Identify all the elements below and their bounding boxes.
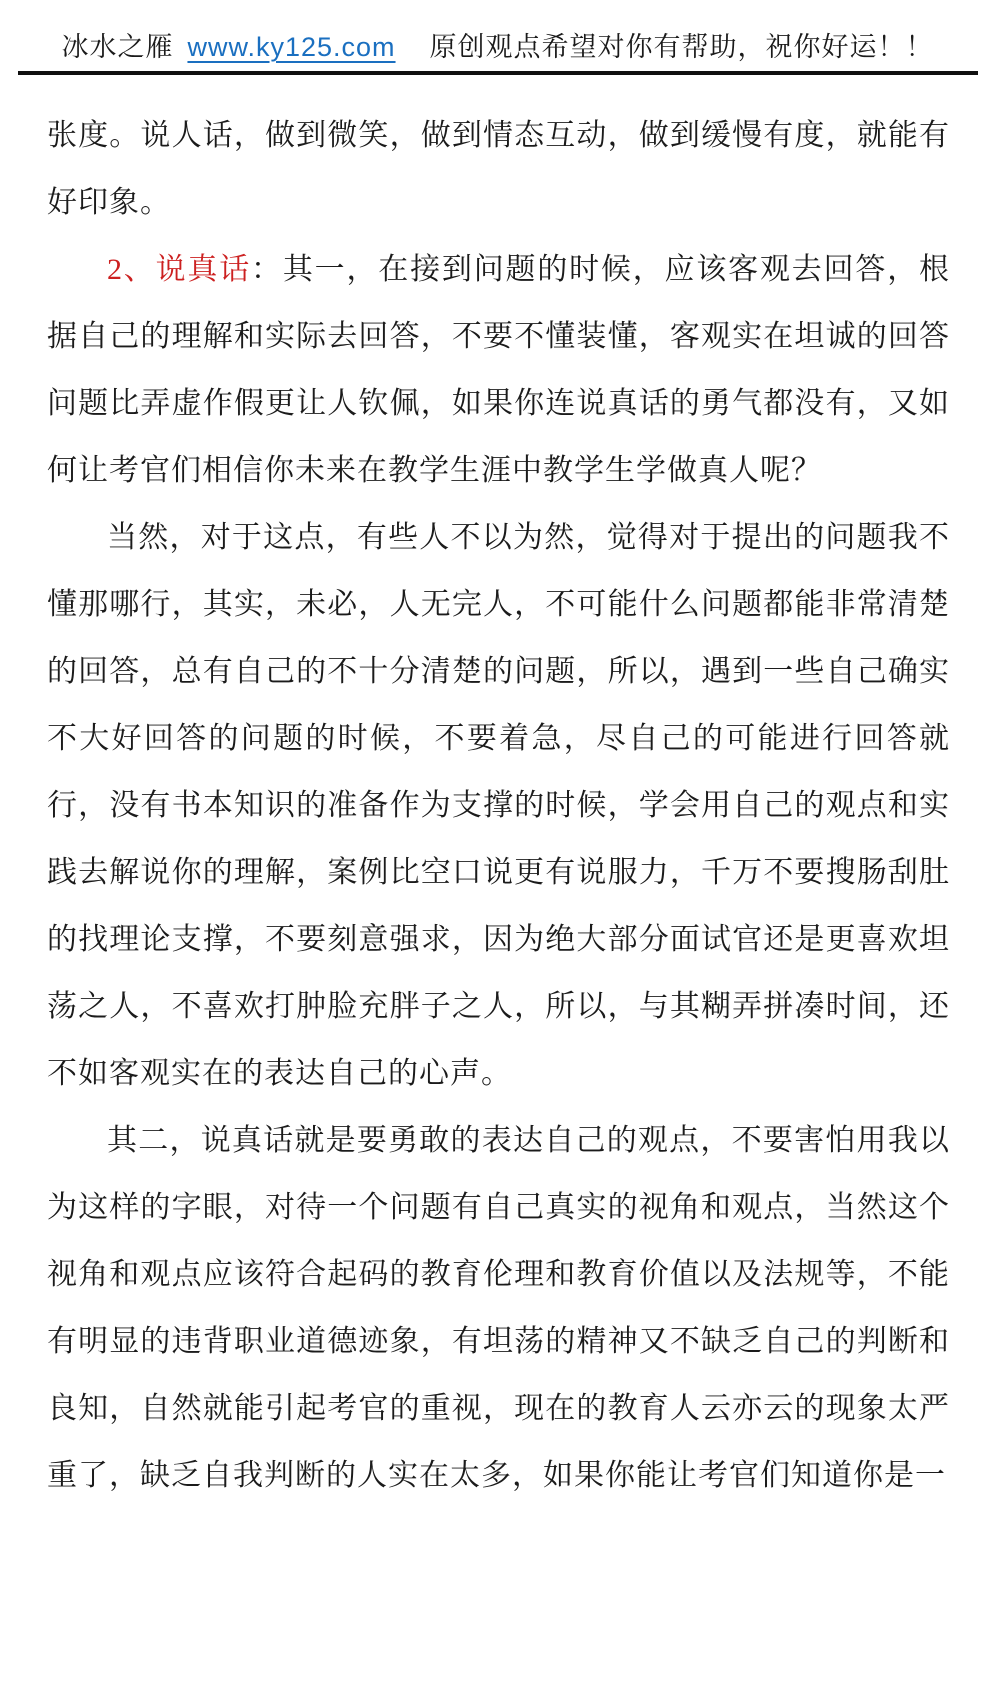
paragraph-lead-highlight: 2、说真话 [107,253,251,286]
paragraph: 当然，对于这点，有些人不以为然，觉得对于提出的问题我不懂那哪行，其实，未必，人无… [47,504,950,1107]
paragraph: 其二，说真话就是要勇敢的表达自己的观点，不要害怕用我以为这样的字眼，对待一个问题… [47,1107,950,1509]
document-body: 张度。说人话，做到微笑，做到情态互动，做到缓慢有度，就能有好印象。2、说真话：其… [47,102,950,1509]
paragraph: 张度。说人话，做到微笑，做到情态互动，做到缓慢有度，就能有好印象。 [47,102,950,236]
site-name: 冰水之雁 [61,32,173,62]
document-page: 冰水之雁www.ky125.com原创观点希望对你有帮助，祝你好运！！ 张度。说… [0,0,995,1691]
paragraph: 2、说真话：其一，在接到问题的时候，应该客观去回答，根据自己的理解和实际去回答，… [47,236,950,504]
page-header: 冰水之雁www.ky125.com原创观点希望对你有帮助，祝你好运！！ [18,0,978,75]
header-link[interactable]: www.ky125.com [187,32,395,62]
header-tagline: 原创观点希望对你有帮助，祝你好运！！ [430,32,934,62]
